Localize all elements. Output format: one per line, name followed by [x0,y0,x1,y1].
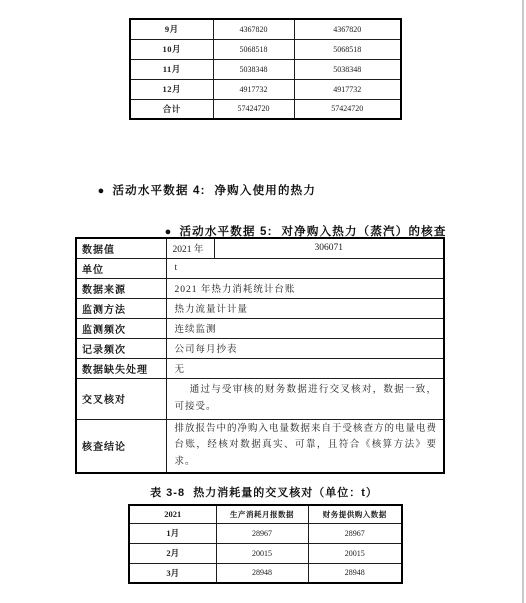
value-cell: 20015 [216,543,308,563]
value-cell: 5068518 [213,39,294,59]
value-cell: 28948 [216,563,308,583]
table-header-row: 2021 生产消耗月报数据 财务提供购入数据 [129,505,402,523]
month-cell: 9月 [130,19,213,39]
month-cell: 1月 [129,523,216,543]
table-row: 10月 5068518 5068518 [130,39,401,59]
value-cell: 热力流量计计量 [166,298,444,318]
value-cell: t [166,258,444,278]
value-cell: 4917732 [213,79,294,99]
value-cell: 20015 [308,543,402,563]
header-year-cell: 2021 [129,505,216,523]
heading-text: 活动水平数据 4: 净购入使用的热力 [112,185,316,197]
value-cell: 57424720 [294,99,401,119]
month-cell: 10月 [130,39,213,59]
cross-check-table: 2021 生产消耗月报数据 财务提供购入数据 1月 28967 28967 2月… [128,504,403,584]
value-cell: 5038348 [294,59,401,79]
row-label-cell: 数据来源 [76,278,166,298]
table-row: 监测频次 连续监测 [76,318,444,338]
table-row: 数据来源 2021 年热力消耗统计台账 [76,278,444,298]
row-label-cell: 数据缺失处理 [76,358,166,378]
table-row: 交叉核对 通过与受审核的财务数据进行交叉核对，数据一致，可接受。 [76,378,444,419]
month-cell: 12月 [130,79,213,99]
value-cell: 4917732 [294,79,401,99]
value-cell: 连续监测 [166,318,444,338]
table-row: 2月 20015 20015 [129,543,402,563]
value-cell: 5038348 [213,59,294,79]
document-page: 9月 4367820 4367820 10月 5068518 5068518 1… [0,0,526,603]
table-row: 核查结论 排放报告中的净购入电量数据来自于受核查方的电量电费台账，经核对数据真实… [76,419,444,473]
value-cell: 公司每月抄表 [166,338,444,358]
table-row: 9月 4367820 4367820 [130,19,401,39]
value-cell: 2021 年热力消耗统计台账 [166,278,444,298]
row-label-cell: 监测频次 [76,318,166,338]
heat-verification-table: 数据值 2021 年 306071 单位 t 数据来源 2021 年热力消耗统计… [75,237,445,474]
table-row: 3月 28948 28948 [129,563,402,583]
month-cell: 2月 [129,543,216,563]
row-label-cell: 核查结论 [76,419,166,473]
year-cell: 2021 年 [166,238,214,258]
page-edge-line [522,0,524,603]
month-cell: 3月 [129,563,216,583]
table-row-total: 合计 57424720 57424720 [130,99,401,119]
value-cell: 无 [166,358,444,378]
header-cell: 财务提供购入数据 [308,505,402,523]
table-row: 监测方法 热力流量计计量 [76,298,444,318]
value-cell: 28967 [216,523,308,543]
value-cell: 28967 [308,523,402,543]
value-cell: 57424720 [213,99,294,119]
row-label-cell: 单位 [76,258,166,278]
table-row: 12月 4917732 4917732 [130,79,401,99]
table-row: 数据值 2021 年 306071 [76,238,444,258]
activity-data-4-heading: ●活动水平数据 4: 净购入使用的热力 [80,170,316,210]
bullet-icon: ● [98,185,106,197]
row-label-cell: 数据值 [76,238,166,258]
table-row: 记录频次 公司每月抄表 [76,338,444,358]
month-cell: 11月 [130,59,213,79]
value-cell: 排放报告中的净购入电量数据来自于受核查方的电量电费台账，经核对数据真实、可靠，且… [166,419,444,473]
value-cell: 28948 [308,563,402,583]
table-row: 1月 28967 28967 [129,523,402,543]
table-3-8-caption: 表 3-8 热力消耗量的交叉核对（单位：t） [64,484,464,500]
value-cell: 5068518 [294,39,401,59]
table-row: 11月 5038348 5038348 [130,59,401,79]
monthly-heat-table: 9月 4367820 4367820 10月 5068518 5068518 1… [129,18,402,120]
value-cell: 通过与受审核的财务数据进行交叉核对，数据一致，可接受。 [166,378,444,419]
value-cell: 4367820 [213,19,294,39]
value-cell: 4367820 [294,19,401,39]
value-cell: 306071 [214,238,444,258]
total-label-cell: 合计 [130,99,213,119]
row-label-cell: 记录频次 [76,338,166,358]
header-cell: 生产消耗月报数据 [216,505,308,523]
table-row: 数据缺失处理 无 [76,358,444,378]
row-label-cell: 监测方法 [76,298,166,318]
row-label-cell: 交叉核对 [76,378,166,419]
table-row: 单位 t [76,258,444,278]
